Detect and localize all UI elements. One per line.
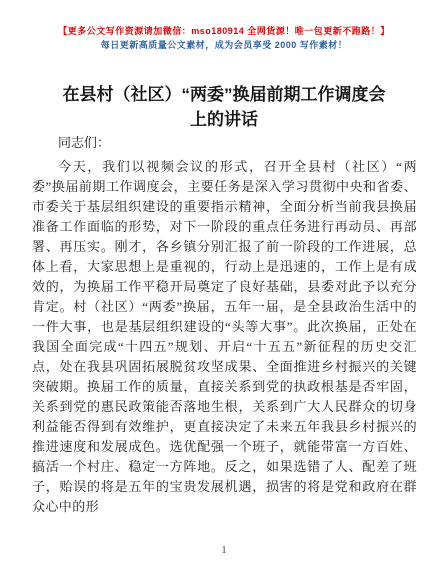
- document-page: 【更多公文写作资源请加微信：mso180914 全网货源！唯一包更新不跑路！】 …: [0, 0, 448, 580]
- salutation: 同志们：: [32, 133, 417, 153]
- page-number: 1: [0, 544, 448, 556]
- header-ad: 【更多公文写作资源请加微信：mso180914 全网货源！唯一包更新不跑路！】 …: [0, 24, 448, 52]
- header-ad-line2: 每日更新高质量公文素材，成为会员享受 2000 写作素材！: [0, 38, 448, 52]
- document-title-line2: 上的讲话: [30, 107, 418, 132]
- document-title: 在县村（社区）“两委”换届前期工作调度会 上的讲话: [30, 82, 418, 132]
- header-ad-line1: 【更多公文写作资源请加微信：mso180914 全网货源！唯一包更新不跑路！】: [0, 24, 448, 38]
- document-title-line1: 在县村（社区）“两委”换届前期工作调度会: [30, 82, 418, 107]
- body-paragraph: 今天，我们以视频会议的形式，召开全县村（社区）“两委”换届前期工作调度会，主要任…: [32, 157, 417, 517]
